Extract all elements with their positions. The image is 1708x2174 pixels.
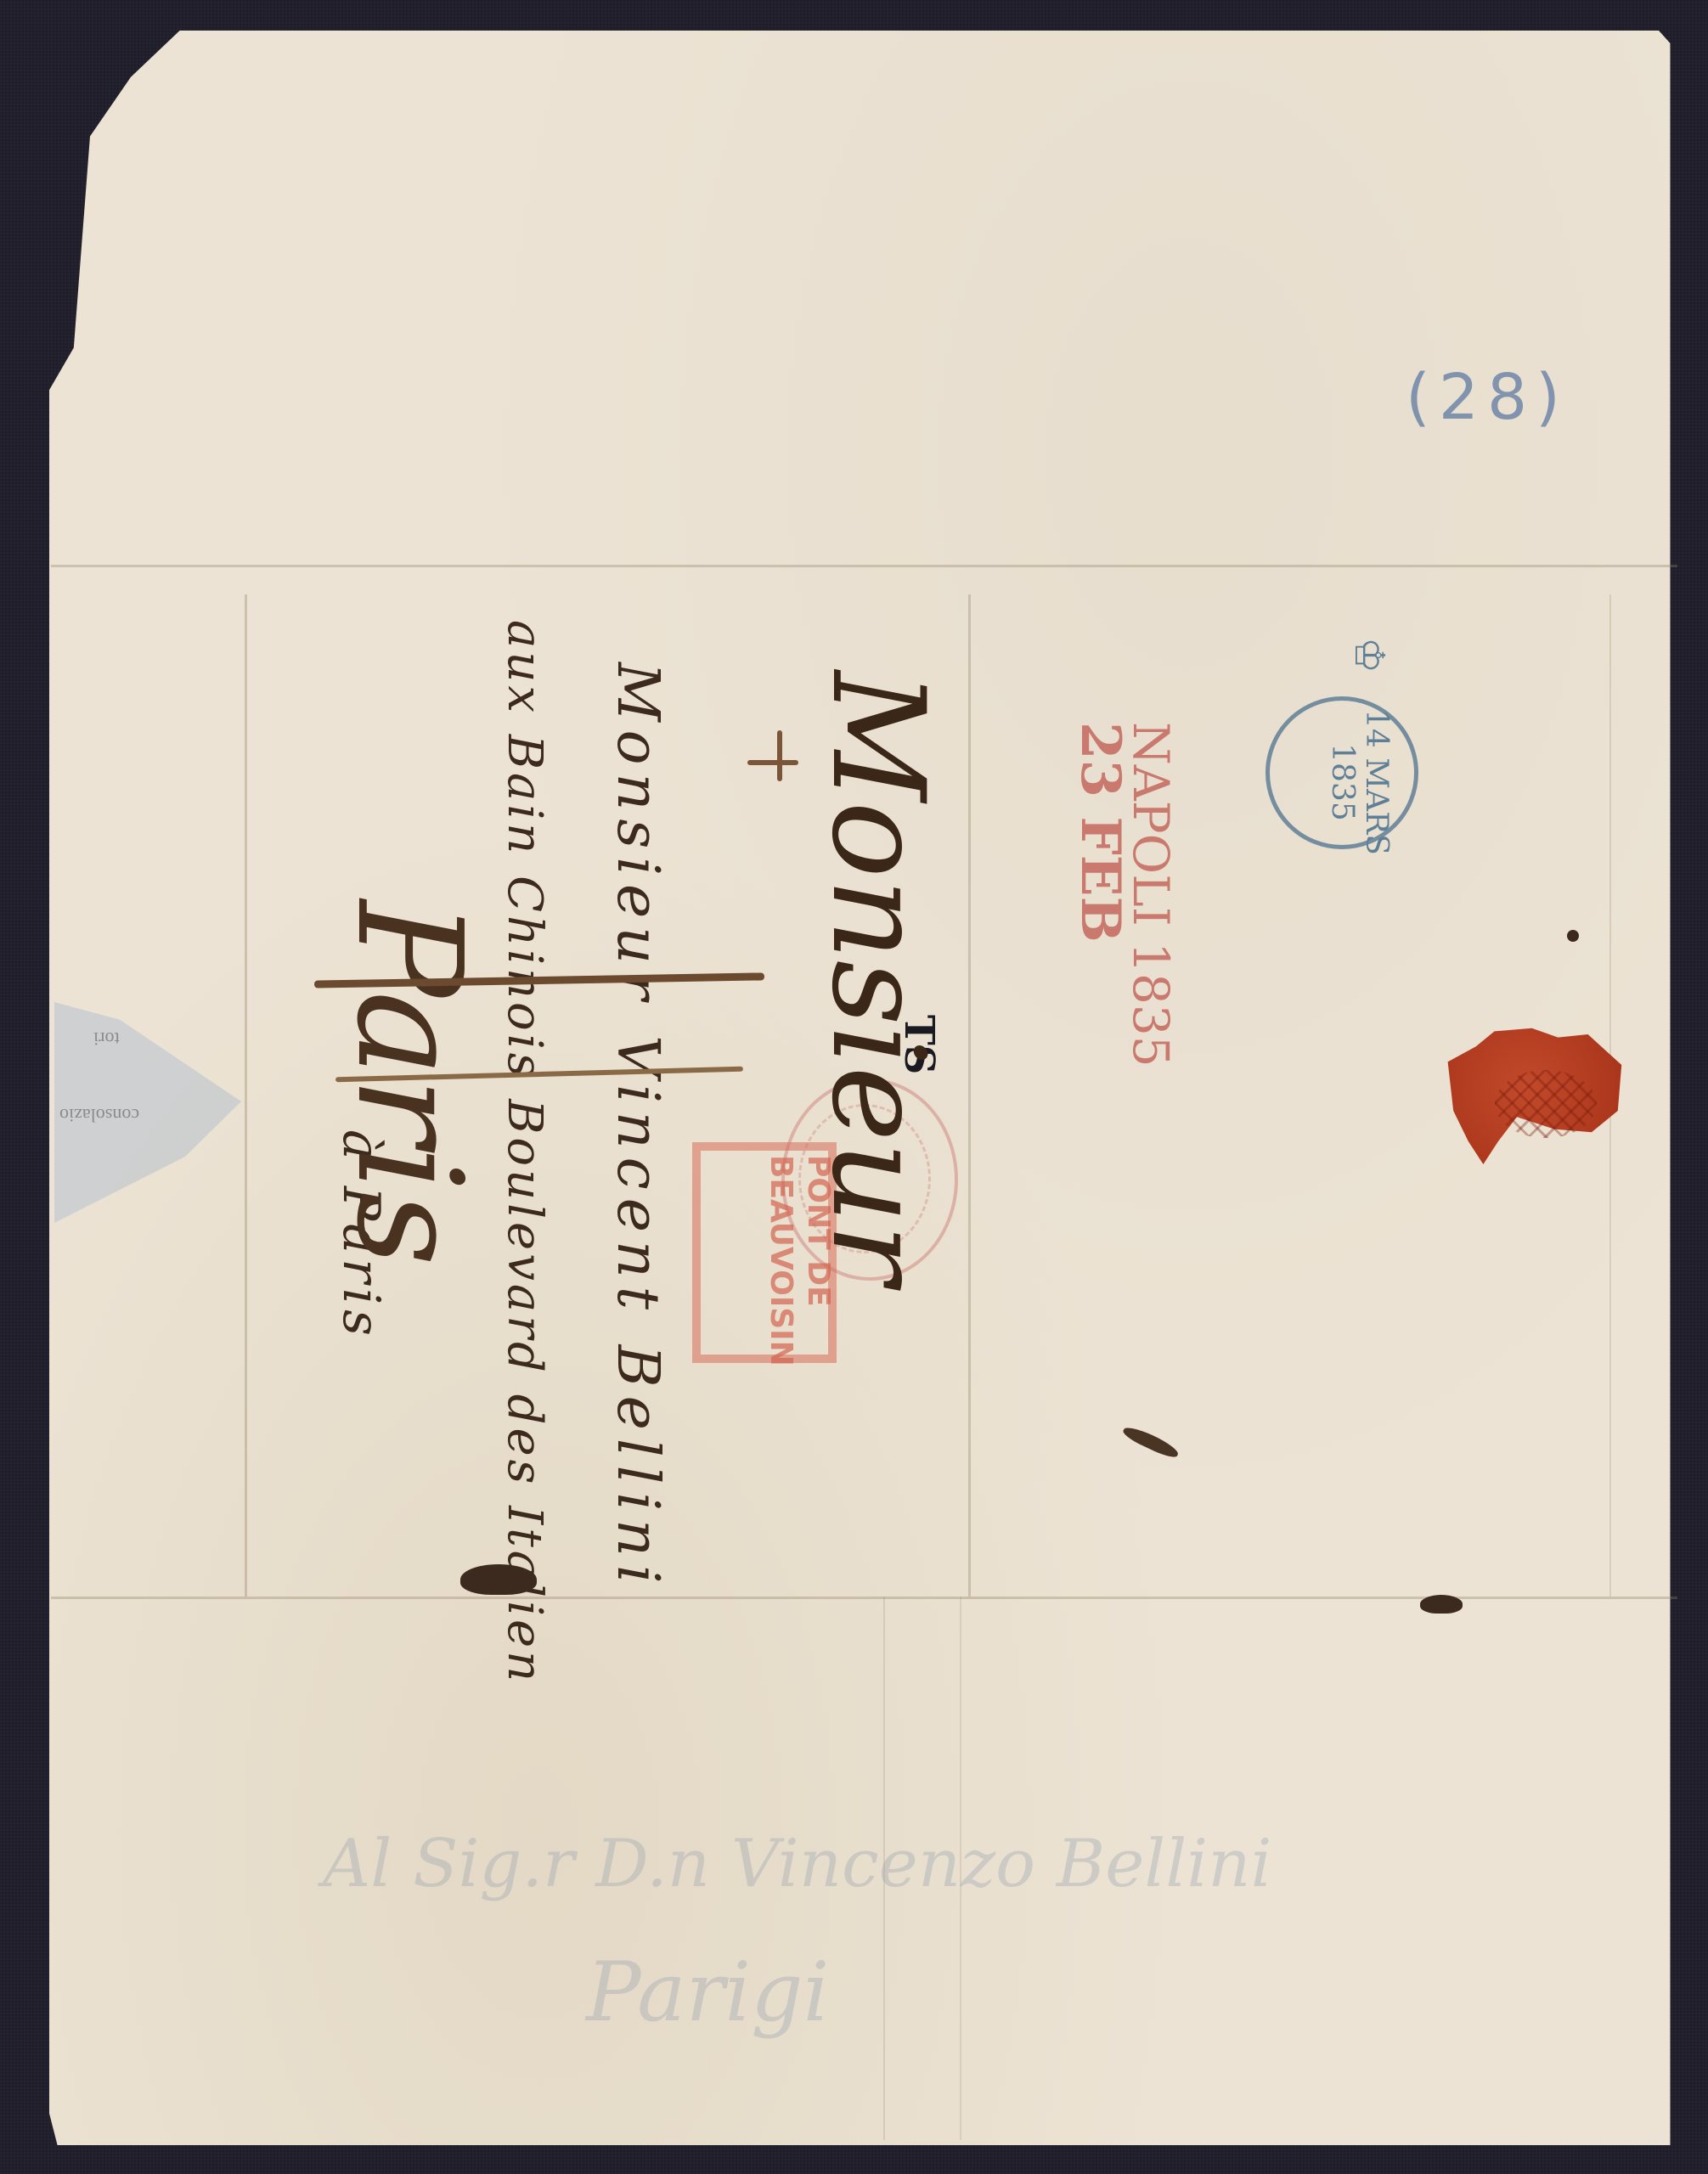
wax-seal-emblem-icon: [1495, 1070, 1597, 1138]
address-line-1: Monsieur Vincent Bellini: [604, 662, 671, 1592]
blue-postmark-month: MARS: [1359, 758, 1394, 855]
archive-number: (28): [1406, 361, 1569, 434]
city-flourish-text: Paris: [324, 900, 493, 1266]
bleed-through-line-2: Parigi: [586, 1945, 829, 2040]
red-postmark-line2: 23 FEB: [1074, 722, 1125, 1067]
ink-stroke-3: [747, 760, 798, 765]
city-flourish: Paris: [324, 900, 493, 1266]
fold-crease-top: [51, 565, 1677, 567]
address-flourish-text: Monsieur: [803, 671, 951, 1285]
address-line-2: aux Bain Chinois Boulevard des Italien: [497, 620, 552, 1685]
red-postmark-line1: NAPOLI 1835: [1125, 722, 1176, 1067]
entry-stamp-line2: BEAUVOISIN: [762, 1155, 799, 1366]
torn-flap-text-2: consolazio: [59, 1104, 139, 1126]
address-flourish: Monsieur: [803, 671, 951, 1285]
fold-crease-left: [245, 594, 247, 1597]
blue-postmark-day: 14: [1359, 709, 1394, 748]
recipient-street: aux Bain Chinois Boulevard des Italien: [497, 620, 552, 1685]
torn-flap-text-1: tori: [93, 1028, 120, 1050]
bleed-through-line-1: Al Sig.r D.n Vincenzo Bellini: [323, 1826, 1271, 1902]
recipient-name: Monsieur Vincent Bellini: [604, 662, 671, 1592]
ink-stroke-4: [777, 730, 782, 781]
blue-postmark-text: 14 MARS 1835: [1325, 709, 1393, 855]
red-origin-postmark: NAPOLI 1835 23 FEB: [1074, 722, 1176, 1067]
ink-blot-2: [1420, 1595, 1463, 1614]
ink-dot: [1567, 930, 1579, 942]
blue-postmark-year: 1835: [1325, 743, 1360, 821]
ink-blot-1: [460, 1564, 537, 1595]
fold-crease-middle: [968, 594, 971, 1597]
